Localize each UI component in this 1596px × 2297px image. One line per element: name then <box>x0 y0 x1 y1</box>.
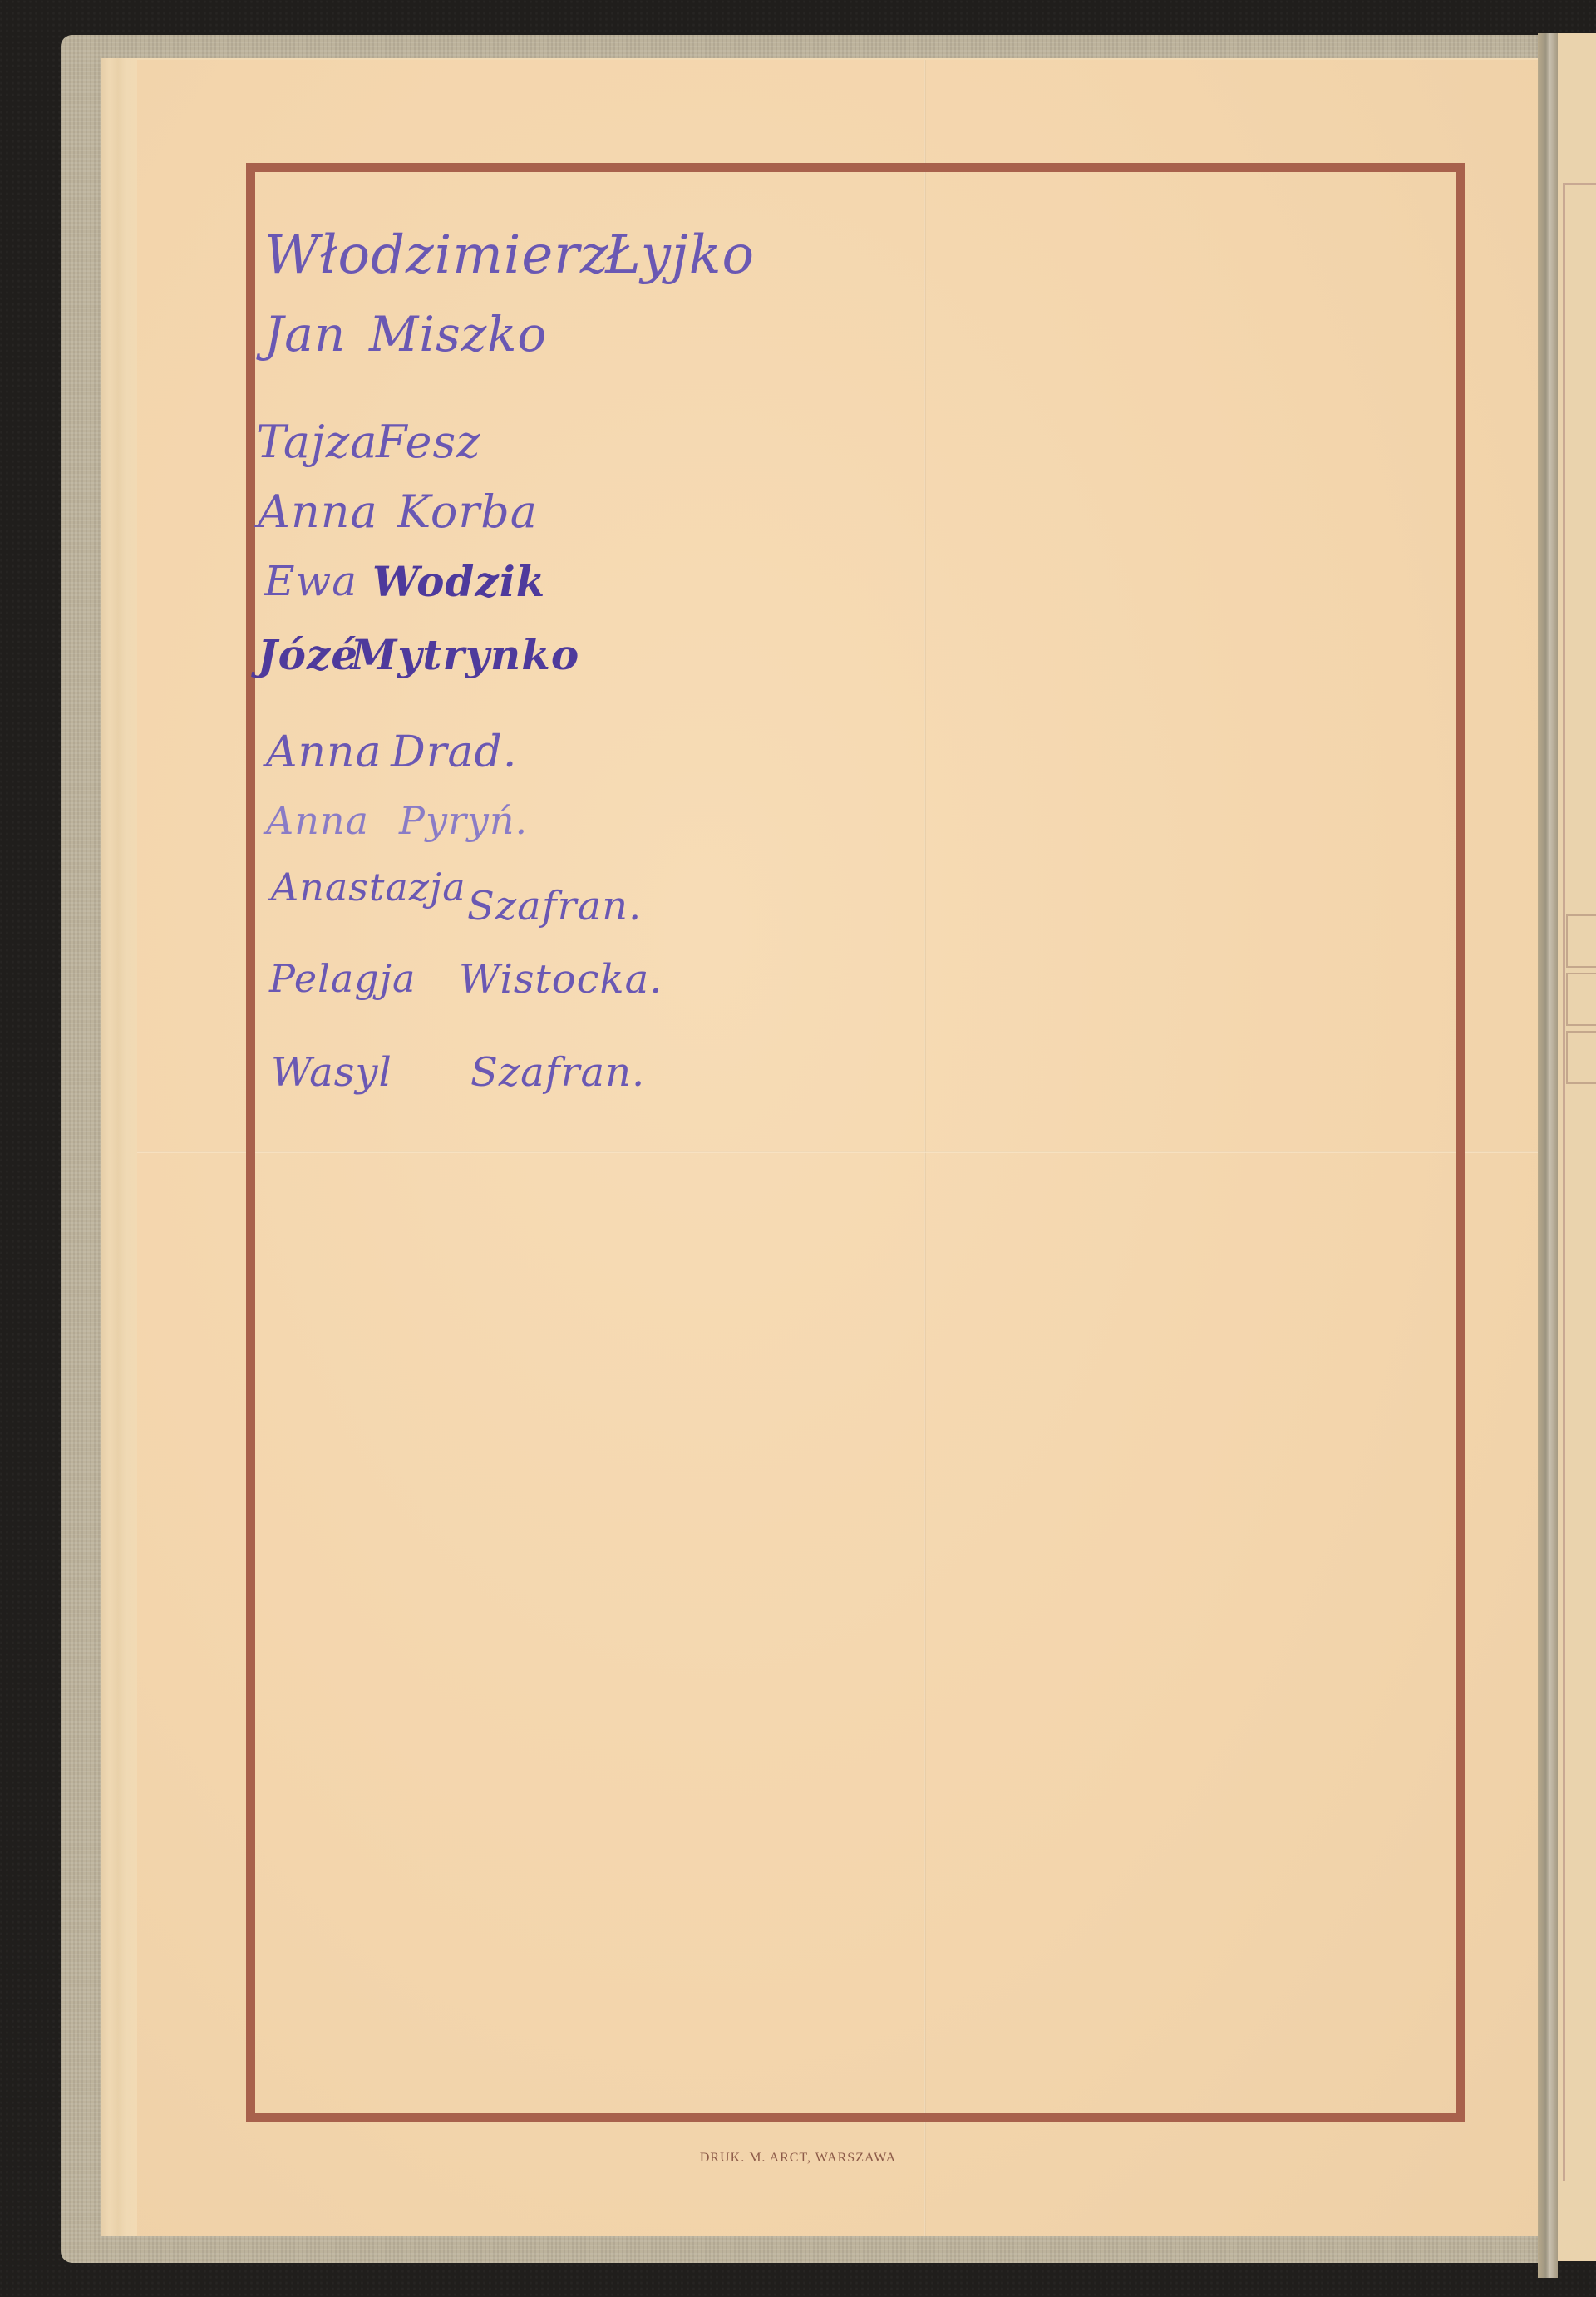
name-last: Wodzik <box>372 557 545 606</box>
handwritten-names-list: Włodzimierz Łyjko Jan Miszko Tajza Fesz … <box>0 0 1596 2297</box>
name-first: Anastazja <box>271 865 466 909</box>
name-last: Pyryń. <box>399 798 528 843</box>
name-last: Mytrynko <box>351 630 579 679</box>
name-first: Anna <box>258 486 378 538</box>
name-last: Korba <box>397 486 538 538</box>
name-first: Wasyl <box>271 1049 392 1096</box>
name-first: Ewa <box>264 557 357 605</box>
name-last: Drad. <box>391 727 517 777</box>
name-last: Łyjko <box>605 224 755 286</box>
printer-imprint: DRUK. M. ARCT, WARSZAWA <box>0 2151 1596 2166</box>
name-first: Włodzimierz <box>264 224 609 286</box>
name-last: Szafran. <box>467 883 642 929</box>
name-first: Józé <box>258 630 358 679</box>
name-first: Jan <box>264 306 346 362</box>
name-last: Szafran. <box>470 1049 645 1096</box>
name-first: Tajza <box>256 416 377 468</box>
name-last: Miszko <box>369 306 547 362</box>
name-last: Fesz <box>376 416 481 468</box>
name-first: Pelagja <box>269 956 416 1001</box>
name-last: Wistocka. <box>459 956 663 1003</box>
name-first: Anna <box>266 798 369 843</box>
name-first: Anna <box>266 727 382 777</box>
